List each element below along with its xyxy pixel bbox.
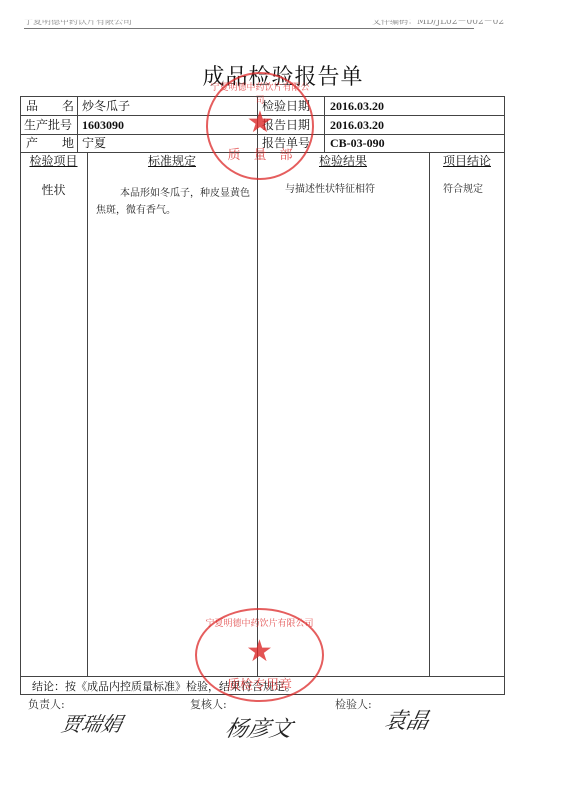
result-cell: 与描述性状特征相符: [285, 181, 375, 198]
header-inspection-item: 检验项目: [20, 152, 87, 170]
origin-value: 宁夏: [82, 134, 106, 152]
header-conclusion: 项目结论: [429, 152, 505, 170]
item-cell: 性状: [20, 181, 87, 199]
origin-label: 产 地: [26, 134, 74, 152]
stamp-bottom-text: 质 量 部: [208, 144, 312, 163]
stamp-ring-text: 宁夏明德中药饮片有限公司: [208, 80, 312, 106]
header-rule: [24, 28, 474, 29]
product-name-value: 炒冬瓜子: [82, 97, 130, 115]
col-divider: [429, 152, 430, 676]
report-date-value: 2016.03.20: [330, 116, 384, 134]
inspector-label: 检验人:: [335, 696, 372, 712]
star-icon: ★: [246, 637, 273, 667]
col-divider: [87, 152, 88, 676]
responsible-label: 负责人:: [28, 696, 65, 712]
batch-value: 1603090: [82, 116, 124, 134]
conclusion-cell: 符合规定: [443, 181, 483, 198]
standard-line-1: 本品形如冬瓜子，种皮显黄色: [120, 185, 250, 202]
inspector-signature: 袁晶: [382, 704, 433, 735]
file-code: 文件编码：MD/JL02－002－02: [372, 14, 504, 27]
col-divider: [324, 96, 325, 152]
star-icon: ★: [247, 108, 274, 138]
product-name-label: 品 名: [26, 97, 74, 115]
reviewer-label: 复核人:: [190, 696, 227, 712]
stamp-bottom-text: 质检专用章: [197, 674, 322, 693]
qc-seal-stamp: 宁夏明德中药饮片有限公司 ★ 质检专用章: [195, 608, 324, 702]
report-table: [20, 96, 505, 695]
reviewer-signature: 杨彦文: [223, 712, 296, 743]
quality-dept-stamp: 宁夏明德中药饮片有限公司 ★ 质 量 部: [206, 72, 314, 180]
company-header: 宁夏明德中药饮片有限公司: [24, 14, 132, 27]
col-divider: [257, 152, 258, 676]
batch-label: 生产批号: [24, 116, 72, 134]
col-divider: [77, 96, 78, 152]
responsible-signature: 贾瑞娟: [59, 708, 125, 737]
report-no-value: CB-03-090: [330, 134, 385, 152]
standard-line-2: 焦斑，微有香气。: [96, 202, 176, 219]
inspect-date-value: 2016.03.20: [330, 97, 384, 115]
stamp-ring-text: 宁夏明德中药饮片有限公司: [197, 616, 322, 629]
